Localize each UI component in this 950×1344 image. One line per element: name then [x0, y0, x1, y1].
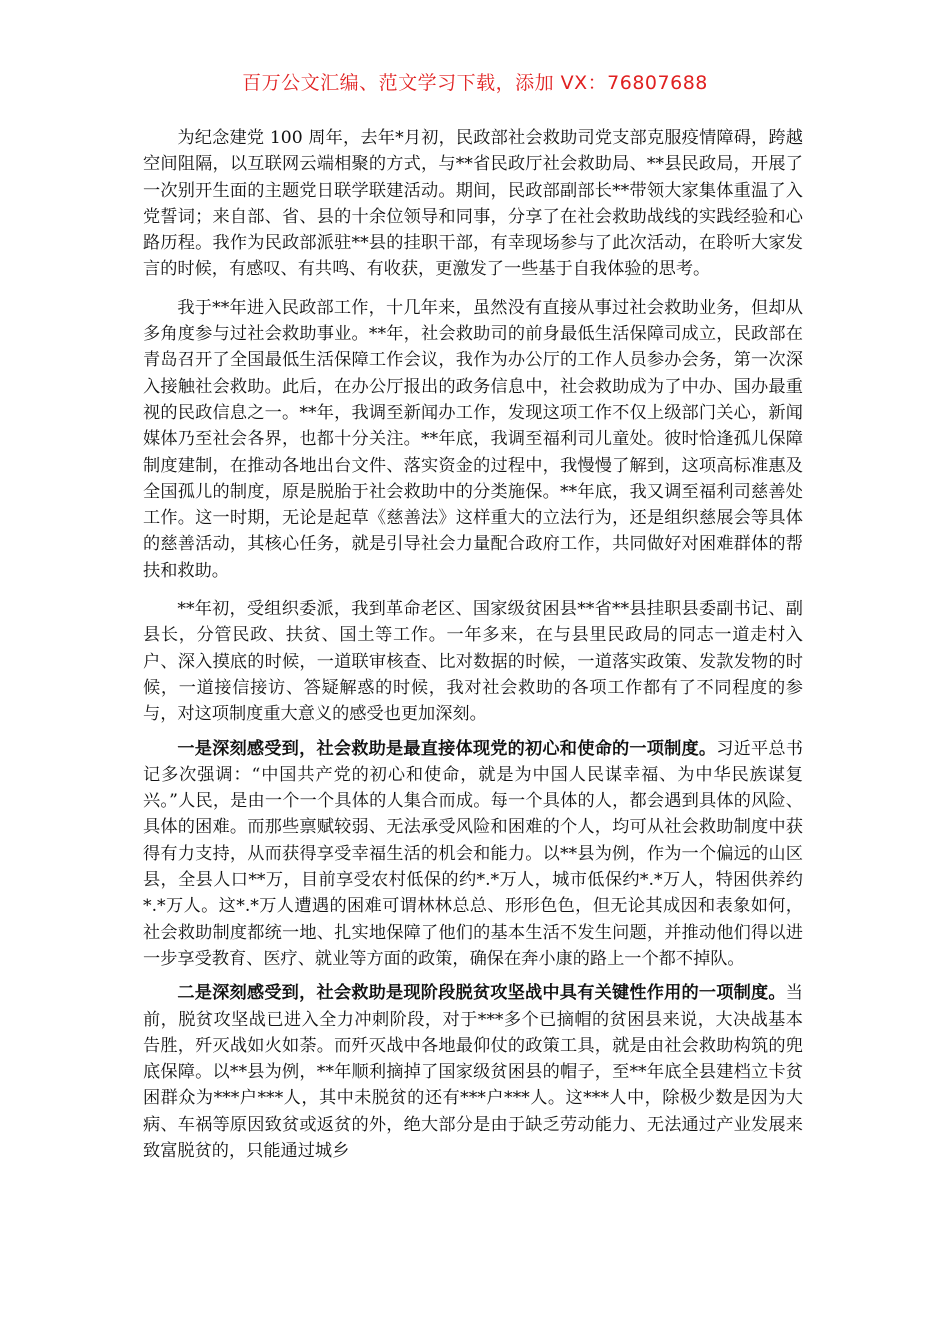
- paragraph-text: 习近平总书记多次强调：“中国共产党的初心和使命，就是为中国人民谋幸福、为中华民族…: [143, 739, 803, 969]
- paragraph-text: **年初，受组织委派，我到革命老区、国家级贫困县**省**县挂职县委副书记、副县…: [143, 599, 803, 724]
- paragraph-text: 当前，脱贫攻坚战已进入全力冲刺阶段，对于***多个已摘帽的贫困县来说，大决战基本…: [143, 983, 803, 1161]
- paragraph-career: 我于**年进入民政部工作，十几年来，虽然没有直接从事过社会救助业务，但却从多角度…: [143, 295, 803, 584]
- paragraph-text: 为纪念建党 100 周年，去年*月初，民政部社会救助司党支部克服疫情障碍，跨越空…: [143, 128, 803, 279]
- paragraph-lead: 二是深刻感受到，社会救助是现阶段脱贫攻坚战中具有关键性作用的一项制度。: [177, 983, 785, 1003]
- promo-banner: 百万公文汇编、范文学习下载，添加 VX：76807688: [0, 68, 950, 95]
- paragraph-intro: 为纪念建党 100 周年，去年*月初，民政部社会救助司党支部克服疫情障碍，跨越空…: [143, 125, 803, 283]
- paragraph-posting: **年初，受组织委派，我到革命老区、国家级贫困县**省**县挂职县委副书记、副县…: [143, 596, 803, 727]
- document-body: 为纪念建党 100 周年，去年*月初，民政部社会救助司党支部克服疫情障碍，跨越空…: [143, 125, 803, 1176]
- paragraph-lead: 一是深刻感受到，社会救助是最直接体现党的初心和使命的一项制度。: [177, 739, 716, 759]
- paragraph-point-two: 二是深刻感受到，社会救助是现阶段脱贫攻坚战中具有关键性作用的一项制度。当前，脱贫…: [143, 980, 803, 1164]
- document-page: 百万公文汇编、范文学习下载，添加 VX：76807688 为纪念建党 100 周…: [0, 0, 950, 1344]
- paragraph-text: 我于**年进入民政部工作，十几年来，虽然没有直接从事过社会救助业务，但却从多角度…: [143, 298, 803, 581]
- paragraph-point-one: 一是深刻感受到，社会救助是最直接体现党的初心和使命的一项制度。习近平总书记多次强…: [143, 736, 803, 973]
